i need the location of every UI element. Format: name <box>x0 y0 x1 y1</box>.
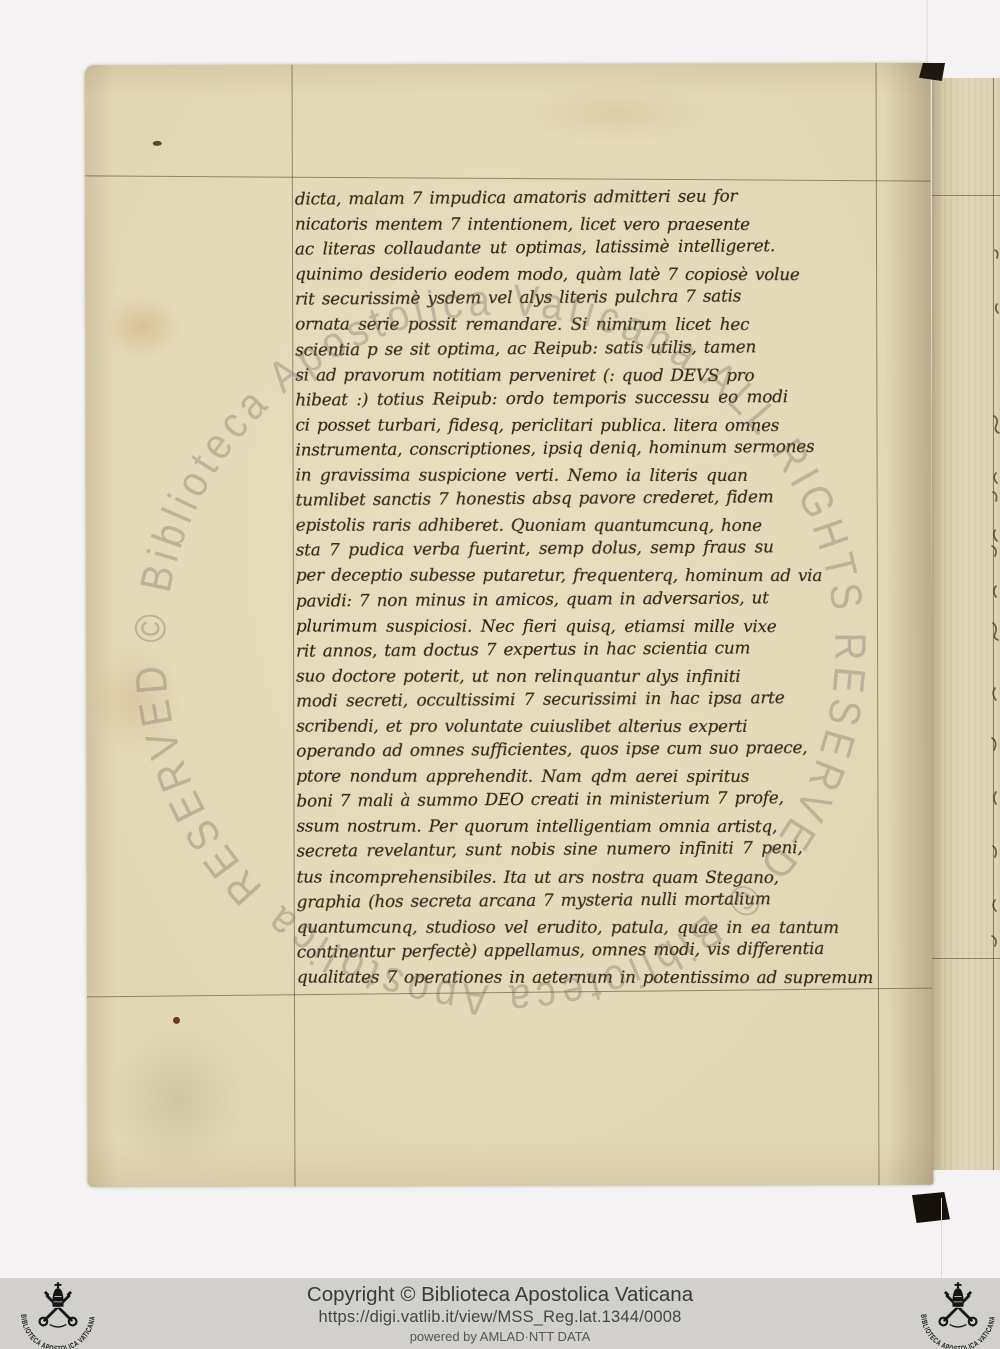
footer-bar: Copyright © Biblioteca Apostolica Vatica… <box>0 1278 1000 1349</box>
manuscript-text-line: qualitates 7 operationes in aeternum in … <box>297 964 883 990</box>
manuscript-text-line: graphia (hos secreta arcana 7 mysteria n… <box>297 885 883 914</box>
manuscript-text-line: continentur perfectè) appellamus, omnes … <box>297 935 883 964</box>
powered-by-line: powered by AMLAD·NTT DATA <box>410 1328 591 1346</box>
manuscript-text-line: ac literas collaudante ut optimas, latis… <box>295 233 881 262</box>
facing-page-strip <box>932 78 1000 1170</box>
manuscript-text-line: modi secreti, occultissimi 7 securissimi… <box>296 684 882 713</box>
handwriting-text-block: dicta, malam 7 impudica amatoris admitte… <box>295 185 883 993</box>
ink-speck <box>173 1017 180 1024</box>
vatican-library-logo-right <box>916 1281 1000 1347</box>
manuscript-text-line: secreta revelantur, sunt nobis sine nume… <box>297 835 883 864</box>
facing-page-ink-fragments <box>932 78 1000 1170</box>
paper-stain <box>515 83 715 144</box>
ink-speck <box>153 141 162 146</box>
manuscript-text-line: rit annos, tam doctus 7 expertus in hac … <box>296 634 882 663</box>
margin-rule-top <box>85 175 931 181</box>
manuscript-text-line: sta 7 pudica verba fuerint, semp dolus, … <box>296 534 882 563</box>
manuscript-text-line: hibeat :) totius Reipub: ordo temporis s… <box>295 383 881 412</box>
manuscript-text-line: operando ad omnes sufficientes, quos ips… <box>296 735 882 764</box>
vatican-library-logo-left <box>16 1281 100 1347</box>
manuscript-text-line: scientia p se sit optima, ac Reipub: sat… <box>295 333 881 362</box>
paper-stain <box>90 645 180 755</box>
manuscript-text-line: instrumenta, conscriptiones, ipsiq deniq… <box>295 433 881 462</box>
binding-tab-bottom <box>912 1192 950 1223</box>
gutter-crease-line <box>926 0 928 64</box>
manuscript-page: dicta, malam 7 impudica amatoris admitte… <box>85 63 934 1187</box>
paper-stain <box>107 1025 247 1175</box>
manuscript-text-line: rit securissimè ysdem vel alys literis p… <box>295 283 881 312</box>
manuscript-url: https://digi.vatlib.it/view/MSS_Reg.lat.… <box>319 1307 682 1328</box>
photo-edge-line <box>941 1198 942 1278</box>
copyright-line: Copyright © Biblioteca Apostolica Vatica… <box>307 1283 693 1307</box>
manuscript-text-line: dicta, malam 7 impudica amatoris admitte… <box>295 185 881 212</box>
manuscript-text-line: pavidi: 7 non minus in amicos, quam in a… <box>296 584 882 613</box>
paper-stain <box>103 295 181 359</box>
binding-notch-top <box>919 63 945 81</box>
manuscript-text-line: tumlibet sanctis 7 honestis absq pavore … <box>296 484 882 513</box>
manuscript-text-line: boni 7 mali à summo DEO creati in minist… <box>296 785 882 814</box>
